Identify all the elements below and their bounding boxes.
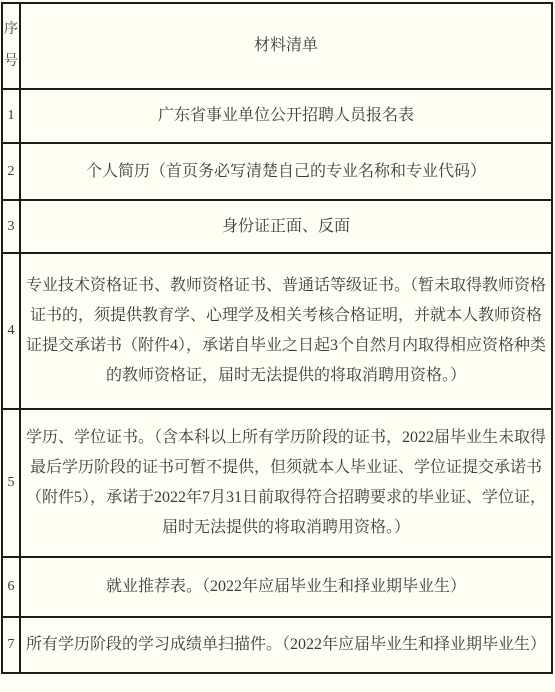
row-number: 5 bbox=[2, 409, 20, 557]
row-material-text: 广东省事业单位公开招聘人员报名表 bbox=[20, 89, 552, 143]
row-material-text: 个人简历（首页务必写清楚自己的专业名称和专业代码） bbox=[20, 143, 552, 200]
row-material-text: 学历、学位证书。（含本科以上所有学历阶段的证书，2022届毕业生未取得最后学历阶… bbox=[20, 409, 552, 557]
materials-checklist-table: 序号 材料清单 1 广东省事业单位公开招聘人员报名表 2 个人简历（首页务必写清… bbox=[1, 2, 553, 674]
table-row: 2 个人简历（首页务必写清楚自己的专业名称和专业代码） bbox=[2, 143, 552, 200]
table-row: 3 身份证正面、反面 bbox=[2, 200, 552, 253]
row-material-text: 就业推荐表。（2022年应届毕业生和择业期毕业生） bbox=[20, 557, 552, 617]
row-number: 4 bbox=[2, 253, 20, 409]
document-page: 序号 材料清单 1 广东省事业单位公开招聘人员报名表 2 个人简历（首页务必写清… bbox=[0, 0, 555, 692]
row-number: 7 bbox=[2, 617, 20, 673]
row-material-text: 专业技术资格证书、教师资格证书、普通话等级证书。（暂未取得教师资格证书的，须提供… bbox=[20, 253, 552, 409]
row-number: 3 bbox=[2, 200, 20, 253]
materials-list-header: 材料清单 bbox=[20, 3, 552, 89]
table-row: 1 广东省事业单位公开招聘人员报名表 bbox=[2, 89, 552, 143]
table-row: 6 就业推荐表。（2022年应届毕业生和择业期毕业生） bbox=[2, 557, 552, 617]
row-number: 1 bbox=[2, 89, 20, 143]
row-material-text: 身份证正面、反面 bbox=[20, 200, 552, 253]
table-row: 7 所有学历阶段的学习成绩单扫描件。（2022年应届毕业生和择业期毕业生） bbox=[2, 617, 552, 673]
table-row: 5 学历、学位证书。（含本科以上所有学历阶段的证书，2022届毕业生未取得最后学… bbox=[2, 409, 552, 557]
table-header-row: 序号 材料清单 bbox=[2, 3, 552, 89]
row-material-text: 所有学历阶段的学习成绩单扫描件。（2022年应届毕业生和择业期毕业生） bbox=[20, 617, 552, 673]
row-number: 6 bbox=[2, 557, 20, 617]
row-number: 2 bbox=[2, 143, 20, 200]
serial-number-header: 序号 bbox=[2, 3, 20, 89]
table-row: 4 专业技术资格证书、教师资格证书、普通话等级证书。（暂未取得教师资格证书的，须… bbox=[2, 253, 552, 409]
